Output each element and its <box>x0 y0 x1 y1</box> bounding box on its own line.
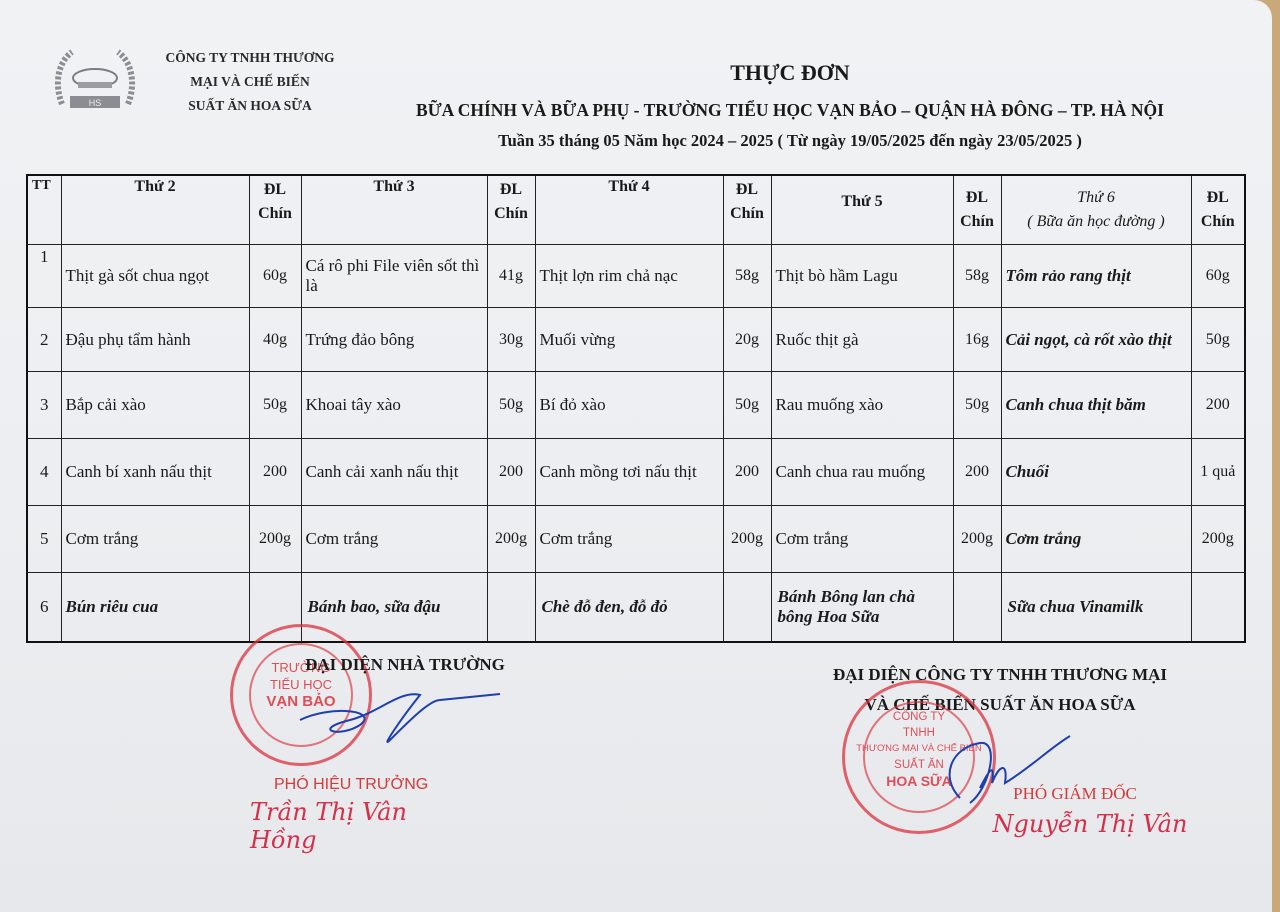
dish-thu: Bánh Bông lan chà bông Hoa Sữa <box>771 573 953 643</box>
portion-wed: 200 <box>723 439 771 506</box>
company-signer-name: Nguyễn Thị Vân <box>980 810 1200 838</box>
portion-thu: 16g <box>953 308 1001 372</box>
dish-mon: Thịt gà sốt chua ngọt <box>61 245 249 308</box>
portion-wed: 50g <box>723 372 771 439</box>
portion-tue <box>487 573 535 643</box>
table-header-row: TT Thứ 2 ĐLChín Thứ 3 ĐLChín Thứ 4 ĐLChí… <box>27 175 1245 245</box>
row-number: 6 <box>27 573 61 643</box>
portion-wed: 58g <box>723 245 771 308</box>
portion-thu: 200g <box>953 506 1001 573</box>
school-signature-heading: ĐẠI DIỆN NHÀ TRƯỜNG <box>270 650 540 680</box>
portion-tue: 200 <box>487 439 535 506</box>
page-subtitle: BỮA CHÍNH VÀ BỮA PHỤ - TRƯỜNG TIỂU HỌC V… <box>0 100 1280 121</box>
col-thu: Thứ 5 <box>771 175 953 245</box>
dish-fri: Cải ngọt, cà rốt xào thịt <box>1001 308 1191 372</box>
dish-tue: Trứng đảo bông <box>301 308 487 372</box>
portion-mon: 200 <box>249 439 301 506</box>
dish-tue: Cơm trắng <box>301 506 487 573</box>
dish-thu: Cơm trắng <box>771 506 953 573</box>
dish-fri: Sữa chua Vinamilk <box>1001 573 1191 643</box>
row-number: 5 <box>27 506 61 573</box>
portion-tue: 200g <box>487 506 535 573</box>
page-title: THỰC ĐƠN <box>0 60 1280 86</box>
row-number: 2 <box>27 308 61 372</box>
portion-mon: 200g <box>249 506 301 573</box>
col-wed: Thứ 4 <box>535 175 723 245</box>
dish-wed: Muối vừng <box>535 308 723 372</box>
school-signer-name: Trần Thị Vân Hồng <box>250 798 470 854</box>
portion-thu: 58g <box>953 245 1001 308</box>
school-signer-role: PHÓ HIỆU TRƯỞNG <box>274 776 470 794</box>
col-dl: ĐLChín <box>953 175 1001 245</box>
dish-tue: Khoai tây xào <box>301 372 487 439</box>
dish-fri: Chuối <box>1001 439 1191 506</box>
table-row: 2Đậu phụ tẩm hành40gTrứng đảo bông30gMuố… <box>27 308 1245 372</box>
portion-mon: 40g <box>249 308 301 372</box>
company-signature-heading: ĐẠI DIỆN CÔNG TY TNHH THƯƠNG MẠI <box>780 660 1220 690</box>
table-row: 3Bắp cải xào50gKhoai tây xào50gBí đỏ xào… <box>27 372 1245 439</box>
table-row: 1Thịt gà sốt chua ngọt60gCá rô phi File … <box>27 245 1245 308</box>
dish-tue: Cá rô phi File viên sốt thì là <box>301 245 487 308</box>
portion-tue: 41g <box>487 245 535 308</box>
week-range: Tuần 35 tháng 05 Năm học 2024 – 2025 ( T… <box>0 131 1280 151</box>
portion-tue: 50g <box>487 372 535 439</box>
portion-thu: 200 <box>953 439 1001 506</box>
company-stamp: CÔNG TY TNHH THƯƠNG MẠI VÀ CHẾ BIẾN SUẤT… <box>842 680 996 834</box>
portion-fri: 50g <box>1191 308 1245 372</box>
dish-thu: Thịt bò hầm Lagu <box>771 245 953 308</box>
dish-mon: Cơm trắng <box>61 506 249 573</box>
dish-fri: Tôm rảo rang thịt <box>1001 245 1191 308</box>
portion-thu: 50g <box>953 372 1001 439</box>
dish-tue: Canh cải xanh nấu thịt <box>301 439 487 506</box>
dish-wed: Canh mồng tơi nấu thịt <box>535 439 723 506</box>
table-row: 4Canh bí xanh nấu thịt200Canh cải xanh n… <box>27 439 1245 506</box>
dish-wed: Chè đỗ đen, đỗ đỏ <box>535 573 723 643</box>
portion-fri <box>1191 573 1245 643</box>
portion-fri: 1 quả <box>1191 439 1245 506</box>
school-signature-block: ĐẠI DIỆN NHÀ TRƯỜNG <box>240 650 540 680</box>
portion-fri: 200 <box>1191 372 1245 439</box>
col-tue: Thứ 3 <box>301 175 487 245</box>
table-row: 5Cơm trắng200gCơm trắng200gCơm trắng200g… <box>27 506 1245 573</box>
dish-wed: Cơm trắng <box>535 506 723 573</box>
col-fri: Thứ 6( Bữa ăn học đường ) <box>1001 175 1191 245</box>
dish-wed: Thịt lợn rim chả nạc <box>535 245 723 308</box>
col-dl: ĐLChín <box>723 175 771 245</box>
dish-mon: Bắp cải xào <box>61 372 249 439</box>
dish-fri: Cơm trắng <box>1001 506 1191 573</box>
dish-thu: Ruốc thịt gà <box>771 308 953 372</box>
col-mon: Thứ 2 <box>61 175 249 245</box>
row-number: 1 <box>27 245 61 308</box>
portion-wed: 20g <box>723 308 771 372</box>
company-signer-role: PHÓ GIÁM ĐỐC <box>950 784 1200 804</box>
col-dl: ĐLChín <box>249 175 301 245</box>
portion-wed: 200g <box>723 506 771 573</box>
portion-fri: 60g <box>1191 245 1245 308</box>
col-dl: ĐLChín <box>1191 175 1245 245</box>
school-stamp: TRƯỜNG TIỂU HỌC VẠN BẢO <box>230 624 372 766</box>
portion-mon: 50g <box>249 372 301 439</box>
col-tt: TT <box>27 175 61 245</box>
portion-fri: 200g <box>1191 506 1245 573</box>
portion-thu <box>953 573 1001 643</box>
portion-mon: 60g <box>249 245 301 308</box>
dish-wed: Bí đỏ xào <box>535 372 723 439</box>
table-row: 6Bún riêu cuaBánh bao, sữa đậuChè đỗ đen… <box>27 573 1245 643</box>
dish-mon: Đậu phụ tẩm hành <box>61 308 249 372</box>
dish-mon: Bún riêu cua <box>61 573 249 643</box>
portion-tue: 30g <box>487 308 535 372</box>
row-number: 4 <box>27 439 61 506</box>
dish-fri: Canh chua thịt băm <box>1001 372 1191 439</box>
menu-document: HS CÔNG TY TNHH THƯƠNG MẠI VÀ CHẾ BIẾN S… <box>0 0 1272 912</box>
col-dl: ĐLChín <box>487 175 535 245</box>
dish-thu: Canh chua rau muống <box>771 439 953 506</box>
menu-table: TT Thứ 2 ĐLChín Thứ 3 ĐLChín Thứ 4 ĐLChí… <box>26 174 1246 643</box>
dish-mon: Canh bí xanh nấu thịt <box>61 439 249 506</box>
portion-wed <box>723 573 771 643</box>
dish-thu: Rau muống xào <box>771 372 953 439</box>
row-number: 3 <box>27 372 61 439</box>
